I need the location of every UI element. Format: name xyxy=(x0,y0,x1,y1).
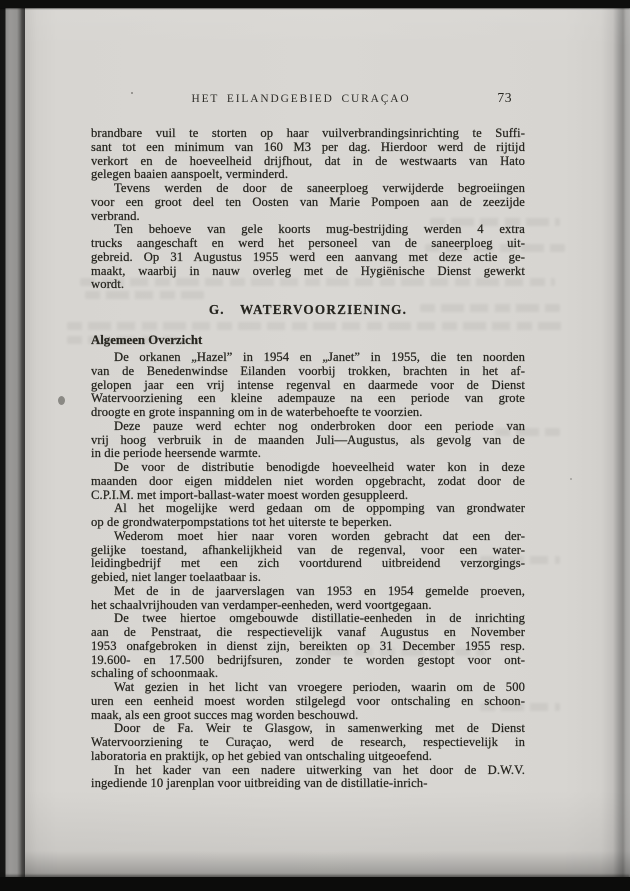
paragraph: Door de Fa. Weir te Glasgow, in samenwer… xyxy=(91,722,525,763)
scan-edge-top xyxy=(0,0,630,8)
paragraph: brandbare vuil te storten op haar vuilve… xyxy=(91,127,525,182)
text-line: In het kader van een nadere uitwerking v… xyxy=(91,764,525,778)
text-line: Deze pauze werd echter nog onderbroken d… xyxy=(91,420,525,434)
text-line: verbrand. xyxy=(91,210,525,224)
text-line: De twee hiertoe omgebouwde distillatie-e… xyxy=(91,612,525,626)
paragraph: Deze pauze werd echter nog onderbroken d… xyxy=(91,420,525,461)
text-line: Watervoorziening te Curaçao, werd de res… xyxy=(91,736,525,750)
text-line: wordt. xyxy=(91,278,525,292)
text-line: aan de Penstraat, die respectievelijk va… xyxy=(91,626,525,640)
text-line: het schaalvrijhouden van verdamper-eenhe… xyxy=(91,599,525,613)
page-number: 73 xyxy=(497,90,512,106)
text-line: gelopen jaar een vrij intense regenval e… xyxy=(91,379,525,393)
text-line: De voor de distributie benodigde hoeveel… xyxy=(91,461,525,475)
text-line: De orkanen „Hazel” in 1954 en „Janet” in… xyxy=(91,351,525,365)
scanned-book-page: HET EILANDGEBIED CURAÇAO 73 brandbare vu… xyxy=(0,0,630,891)
scan-speck xyxy=(570,478,572,480)
text-line: ingediende 10 jarenplan voor uitbreiding… xyxy=(91,777,525,791)
text-line: van de Benedenwindse Eilanden voorbij tr… xyxy=(91,365,525,379)
text-line: 1953 onafgebroken in dienst zijn, bereik… xyxy=(91,640,525,654)
paragraph: Wederom moet hier naar voren worden gebr… xyxy=(91,530,525,585)
text-line: gelijke toestand, afhankelijkheid van de… xyxy=(91,544,525,558)
text-line: trucks aangeschaft en werd het personeel… xyxy=(91,237,525,251)
text-line: in die periode heersende warmte. xyxy=(91,447,525,461)
page-surface: HET EILANDGEBIED CURAÇAO 73 brandbare vu… xyxy=(25,8,630,877)
text-line: gebied, niet langer toelaatbaar is. xyxy=(91,571,525,585)
text-line: Watervoorziening een kleine adempauze na… xyxy=(91,392,525,406)
running-title: HET EILANDGEBIED CURAÇAO xyxy=(91,93,525,105)
text-line: leidingbedrijf met een zich voortdurend … xyxy=(91,557,525,571)
text-line: voor een groot deel ten Oosten van Marie… xyxy=(91,196,525,210)
running-header: HET EILANDGEBIED CURAÇAO 73 xyxy=(91,93,525,111)
text-line: Wat gezien in het licht van vroegere per… xyxy=(91,681,525,695)
text-line: verkort en de hoeveelheid drijfhout, dat… xyxy=(91,155,525,169)
text-line: C.P.I.M. met import-ballast-water moest … xyxy=(91,489,525,503)
paragraph: De orkanen „Hazel” in 1954 en „Janet” in… xyxy=(91,351,525,420)
text-line: schaling of schoonmaak. xyxy=(91,667,525,681)
text-line: Met de in de jaarverslagen van 1953 en 1… xyxy=(91,585,525,599)
paragraph: De voor de distributie benodigde hoeveel… xyxy=(91,461,525,502)
text-line: vrij hoog verbruik in de maanden Juli—Au… xyxy=(91,434,525,448)
scan-edge-bottom xyxy=(0,877,630,891)
text-line: brandbare vuil te storten op haar vuilve… xyxy=(91,127,525,141)
paragraph: De twee hiertoe omgebouwde distillatie-e… xyxy=(91,612,525,681)
text-line: sant tot een minimum van 160 M3 per dag.… xyxy=(91,141,525,155)
scan-speck xyxy=(58,396,65,405)
text-line: Al het mogelijke werd gedaan om de oppom… xyxy=(91,502,525,516)
text-line: gelegen baaien aanspoelt, verminderd. xyxy=(91,168,525,182)
paragraph: Al het mogelijke werd gedaan om de oppom… xyxy=(91,502,525,530)
text-line: gebreid. Op 31 Augustus 1955 werd een aa… xyxy=(91,251,525,265)
text-line: Door de Fa. Weir te Glasgow, in samenwer… xyxy=(91,722,525,736)
text-line: uren een eenheid moest worden stilgelegd… xyxy=(91,695,525,709)
text-line: laboratoria en praktijk, op het gebied v… xyxy=(91,750,525,764)
text-line: droogte en grote inspanning om in de wat… xyxy=(91,406,525,420)
binding-gutter xyxy=(0,0,25,891)
paragraph: Ten behoeve van gele koorts mug-bestrijd… xyxy=(91,223,525,292)
text-line: op de grondwaterpompstations tot het uit… xyxy=(91,516,525,530)
body-text: brandbare vuil te storten op haar vuilve… xyxy=(91,127,525,791)
text-line: maakt, waarbij in nauw overleg met de Hy… xyxy=(91,265,525,279)
text-line: maak, als een groot succes mag worden be… xyxy=(91,709,525,723)
sub-heading: Algemeen Overzicht xyxy=(91,333,525,348)
text-line: Wederom moet hier naar voren worden gebr… xyxy=(91,530,525,544)
paragraph: Met de in de jaarverslagen van 1953 en 1… xyxy=(91,585,525,613)
text-line: Ten behoeve van gele koorts mug-bestrijd… xyxy=(91,223,525,237)
section-heading: G. WATERVOORZIENING. xyxy=(91,300,525,320)
text-line: Tevens werden de door de saneerploeg ver… xyxy=(91,182,525,196)
text-line: 19.600- en 17.500 bedrijfsuren, zonder t… xyxy=(91,654,525,668)
text-line: maanden door eigen middelen niet worden … xyxy=(91,475,525,489)
paragraph: In het kader van een nadere uitwerking v… xyxy=(91,764,525,792)
paragraph: Wat gezien in het licht van vroegere per… xyxy=(91,681,525,722)
paragraph: Tevens werden de door de saneerploeg ver… xyxy=(91,182,525,223)
